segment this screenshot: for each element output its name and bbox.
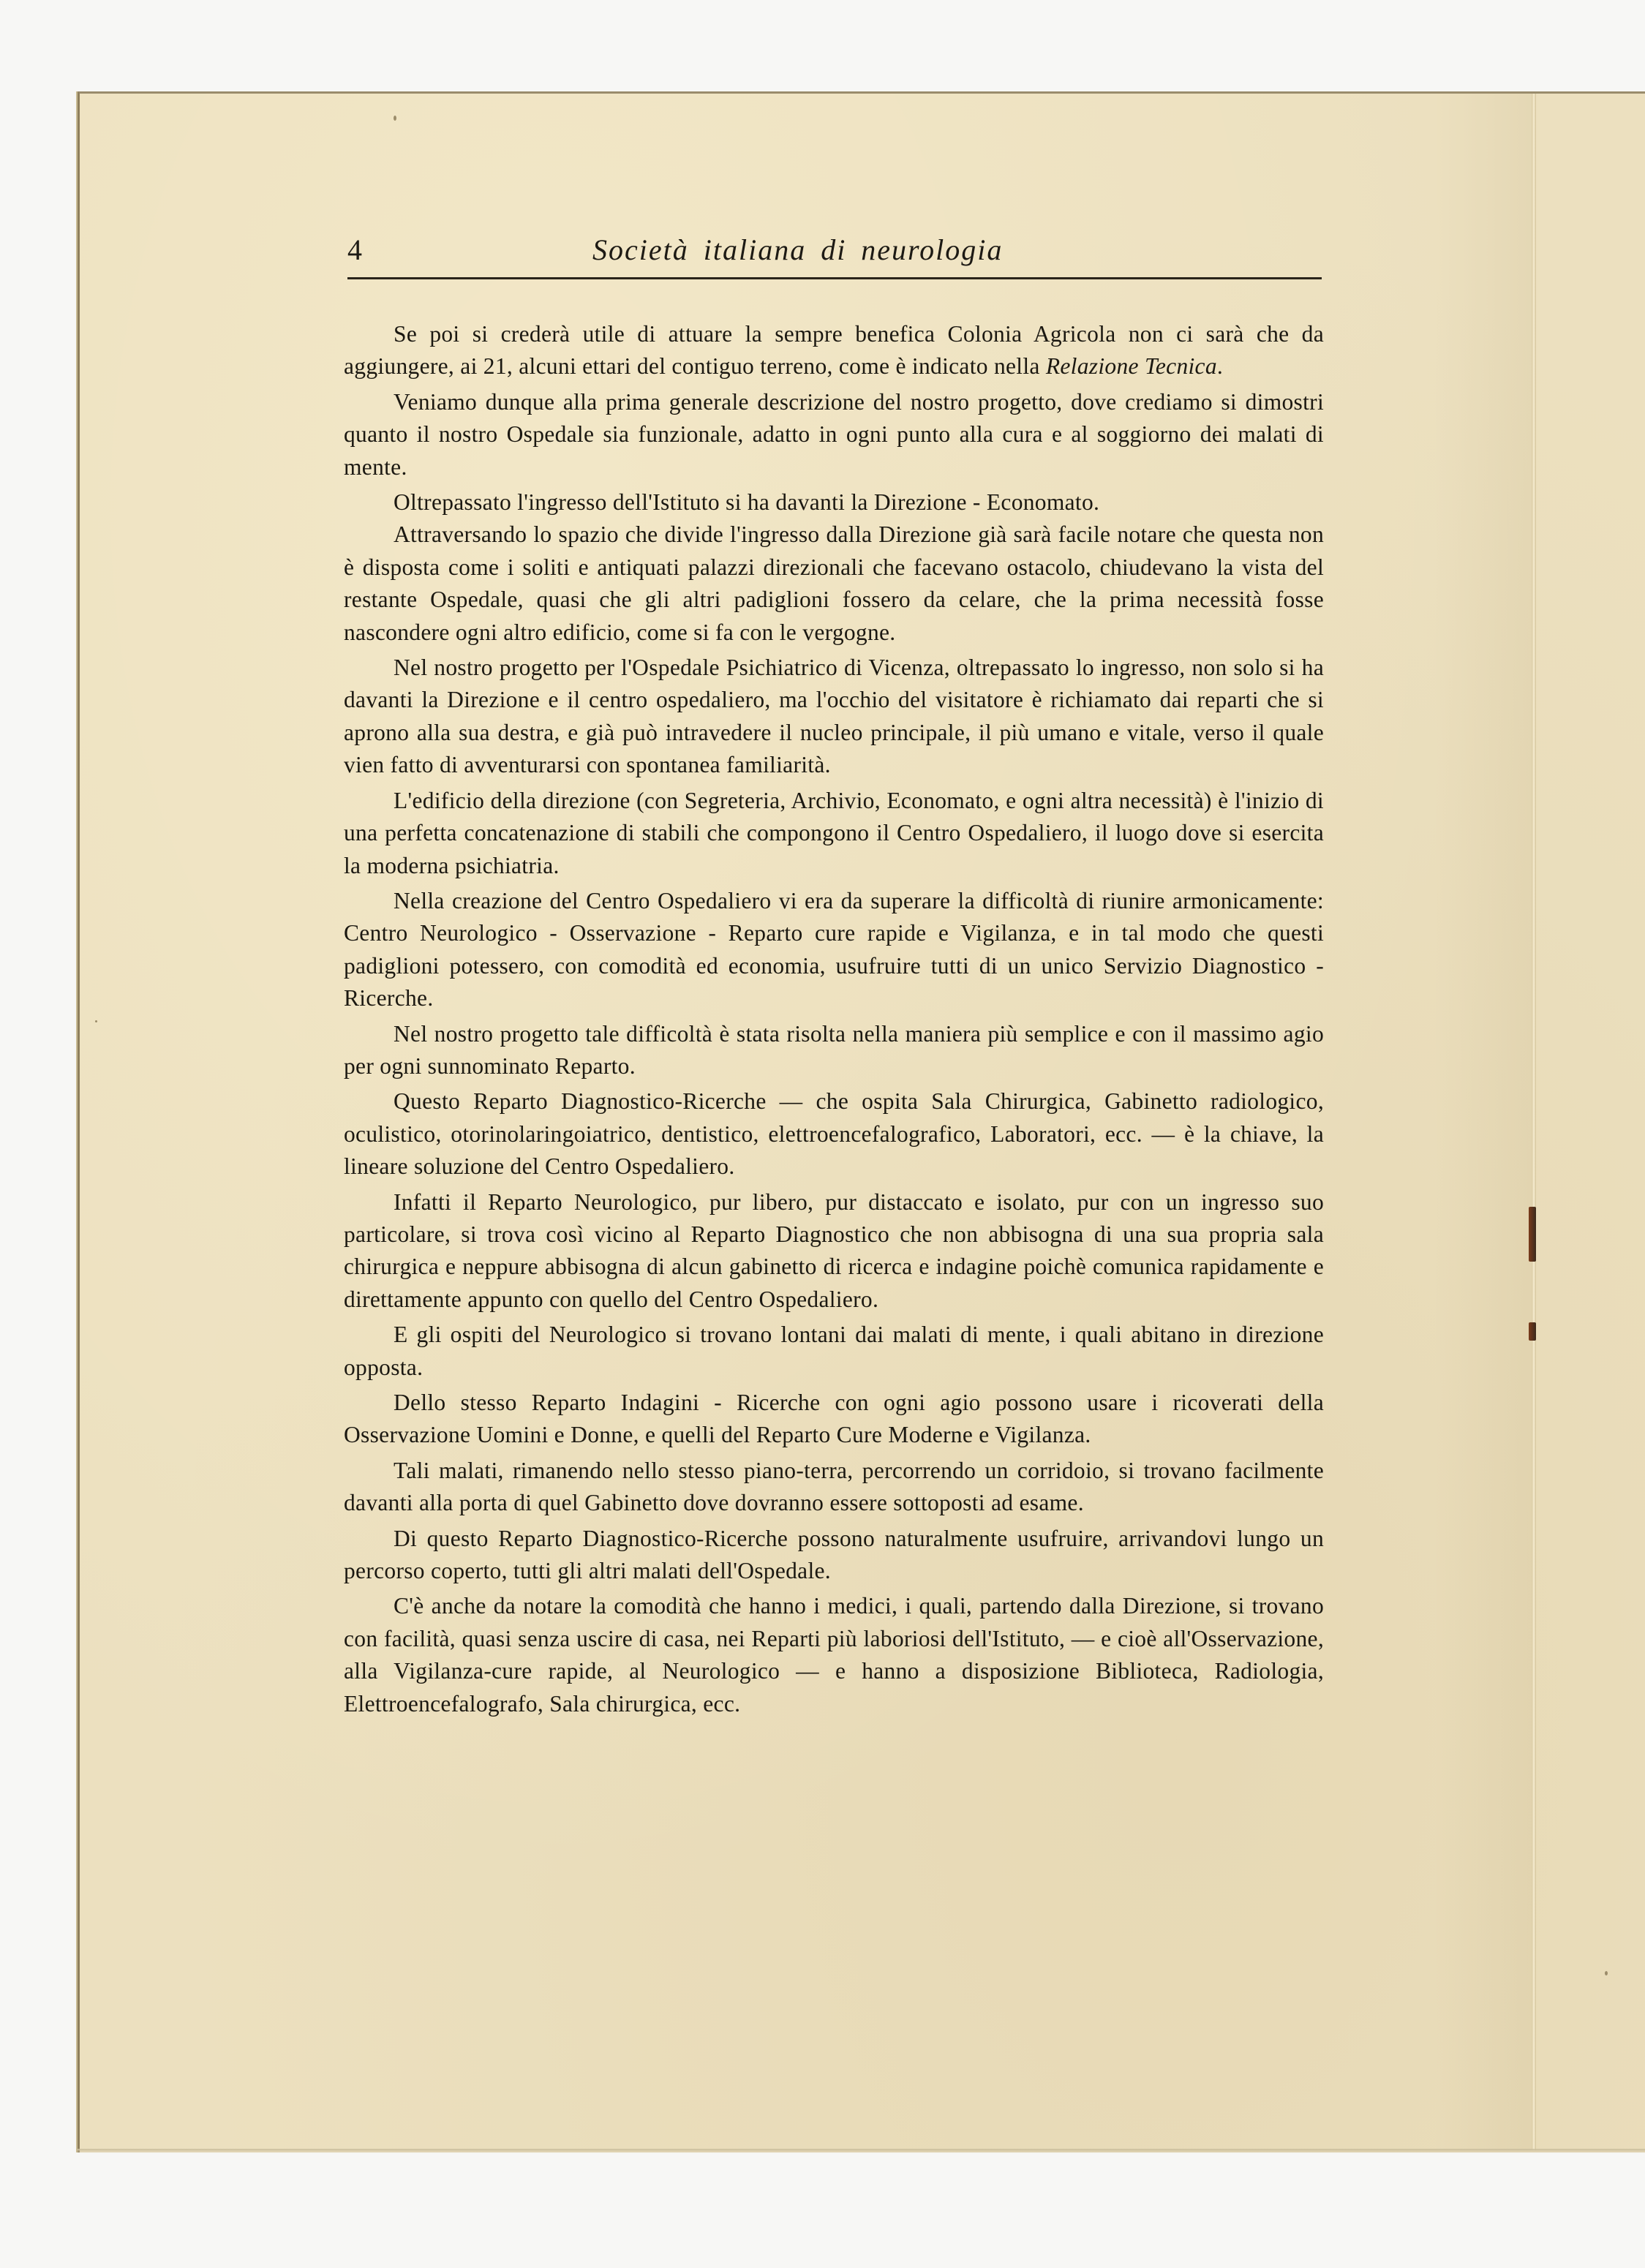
paper-speck xyxy=(394,116,396,121)
paragraph: Dello stesso Reparto Indagini - Ricerche… xyxy=(344,1387,1324,1452)
paragraph: Infatti il Reparto Neurologico, pur libe… xyxy=(344,1186,1324,1316)
paragraph: Questo Reparto Diagnostico-Ricerche — ch… xyxy=(344,1085,1324,1183)
page-edge-shadow xyxy=(78,2149,1645,2153)
body-text: Se poi si crederà utile di attuare la se… xyxy=(344,318,1324,1720)
paragraph: Nella creazione del Centro Ospedaliero v… xyxy=(344,885,1324,1015)
paper-speck xyxy=(95,1020,97,1022)
paragraph: Se poi si crederà utile di attuare la se… xyxy=(344,318,1324,383)
paragraph: Veniamo dunque alla prima generale descr… xyxy=(344,386,1324,483)
italic-reference: Relazione Tecnica xyxy=(1046,353,1217,379)
running-title: Società italiana di neurologia xyxy=(592,233,1003,267)
paragraph: L'edificio della direzione (con Segreter… xyxy=(344,785,1324,882)
paragraph: Oltrepassato l'ingresso dell'Istituto si… xyxy=(344,486,1324,519)
gutter-shadow xyxy=(1434,94,1532,2150)
booklet-spine-fold xyxy=(1532,94,1536,2150)
paragraph: C'è anche da notare la comodità che hann… xyxy=(344,1590,1324,1720)
paragraph: Tali malati, rimanendo nello stesso pian… xyxy=(344,1455,1324,1520)
paragraph: E gli ospiti del Neurologico si trovano … xyxy=(344,1319,1324,1384)
staple-icon xyxy=(1529,1322,1536,1341)
paragraph: Di questo Reparto Diagnostico-Ricerche p… xyxy=(344,1523,1324,1588)
paragraph: Nel nostro progetto tale difficoltà è st… xyxy=(344,1018,1324,1083)
page-number: 4 xyxy=(347,233,362,267)
paragraph: Nel nostro progetto per l'Ospedale Psich… xyxy=(344,652,1324,782)
paragraph: Attraversando lo spazio che divide l'ing… xyxy=(344,519,1324,649)
paper-speck xyxy=(1605,1971,1608,1975)
header-rule xyxy=(347,277,1322,279)
running-header: 4 Società italiana di neurologia xyxy=(347,233,1322,276)
staple-icon xyxy=(1529,1207,1536,1262)
